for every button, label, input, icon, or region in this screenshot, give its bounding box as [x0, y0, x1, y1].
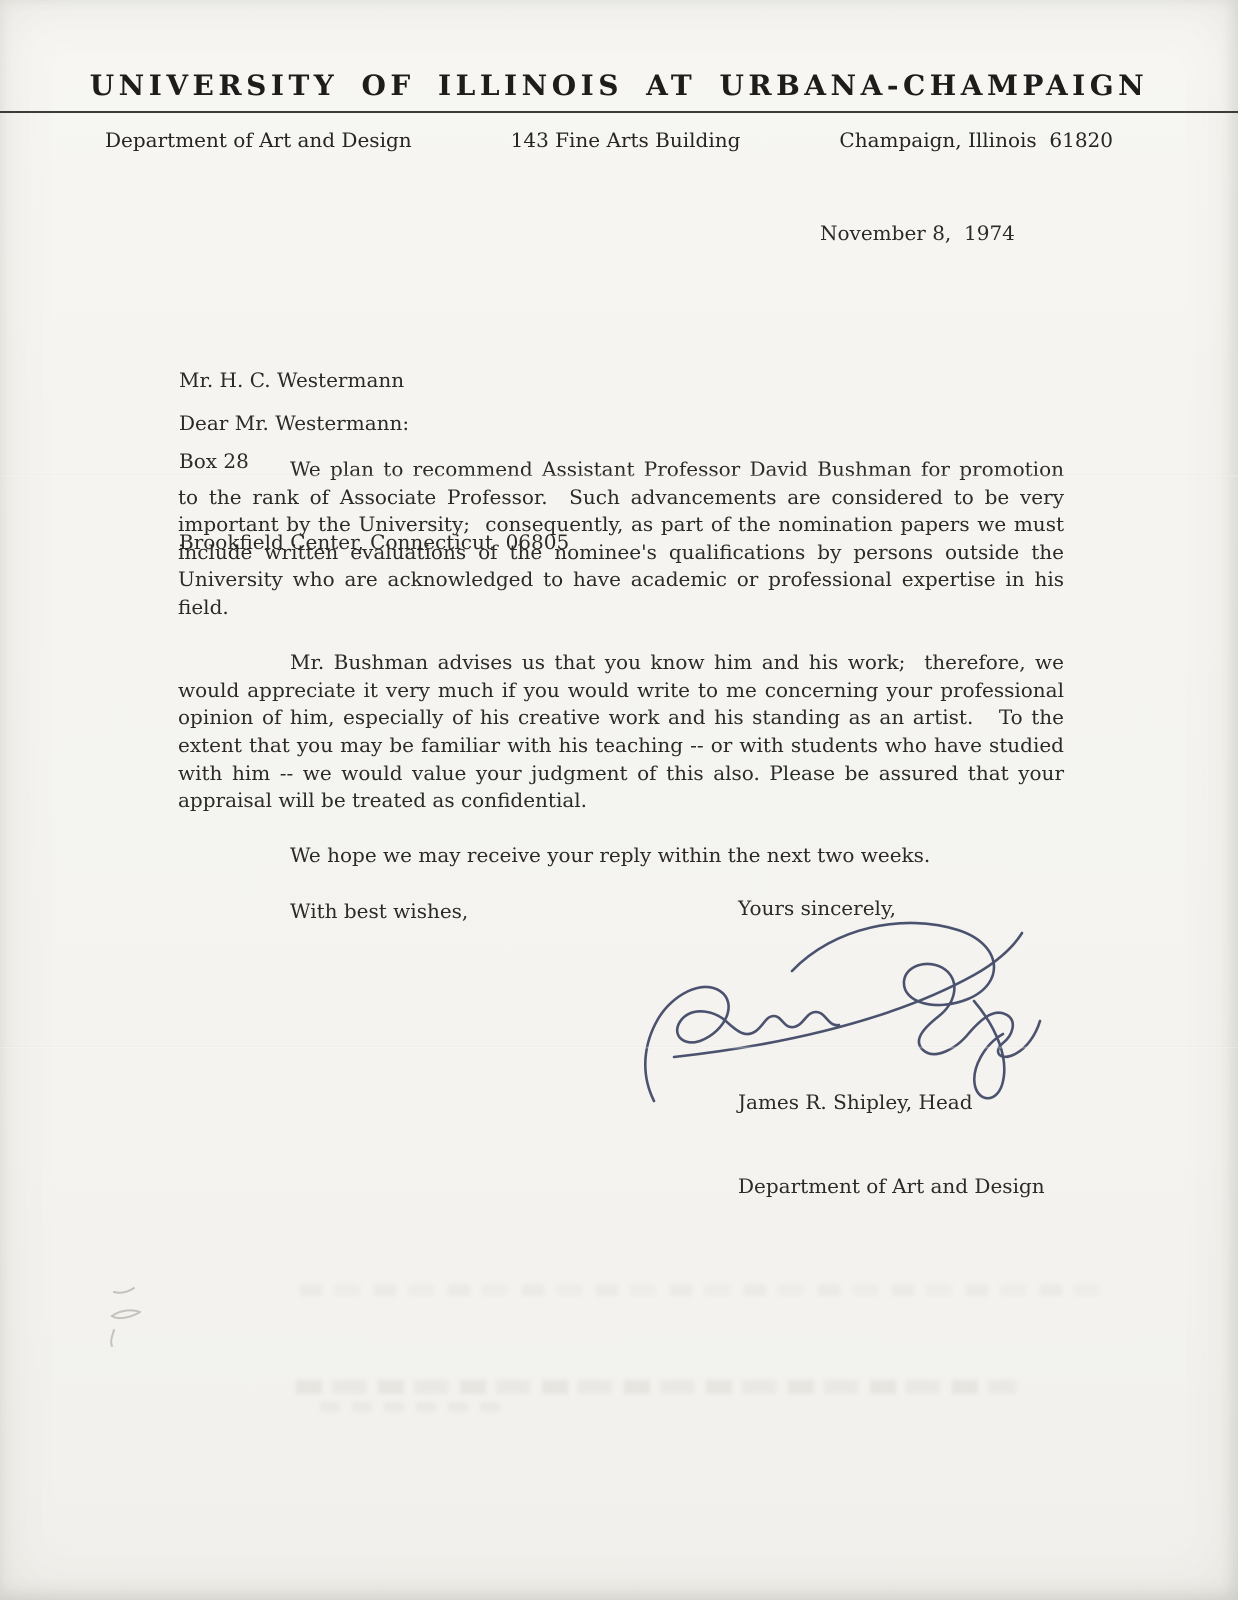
letterhead-city: Champaign, Illinois 61820 — [839, 127, 1113, 153]
bleed-through-mark — [300, 1284, 1100, 1296]
body-paragraph-3: We hope we may receive your reply within… — [178, 842, 1064, 870]
letterhead-info-row: Department of Art and Design 143 Fine Ar… — [105, 127, 1113, 153]
letter-date: November 8, 1974 — [820, 221, 1015, 245]
bleed-through-mark — [296, 1380, 1016, 1394]
body-paragraph-2: Mr. Bushman advises us that you know him… — [178, 649, 1064, 815]
recipient-name: Mr. H. C. Westermann — [179, 367, 569, 394]
letterhead-university-name: UNIVERSITY OF ILLINOIS AT URBANA-CHAMPAI… — [0, 68, 1238, 104]
pencil-mark — [104, 1278, 158, 1350]
signer-name: James R. Shipley, Head — [738, 1088, 1045, 1116]
fold-crease-lower — [0, 1046, 1238, 1049]
letter-body: We plan to recommend Assistant Professor… — [178, 456, 1064, 925]
fold-crease-upper — [0, 474, 1238, 477]
letterhead-department: Department of Art and Design — [105, 127, 412, 153]
body-paragraph-4: With best wishes, — [178, 898, 1064, 926]
letterhead-building: 143 Fine Arts Building — [511, 127, 741, 153]
valediction: Yours sincerely, — [738, 896, 896, 920]
body-paragraph-1: We plan to recommend Assistant Professor… — [178, 456, 1064, 622]
signer-department: Department of Art and Design — [738, 1172, 1045, 1200]
bleed-through-mark — [320, 1402, 500, 1412]
letterhead-divider — [0, 111, 1238, 113]
signer-block: James R. Shipley, Head Department of Art… — [738, 1032, 1045, 1256]
letter-page: UNIVERSITY OF ILLINOIS AT URBANA-CHAMPAI… — [0, 0, 1238, 1600]
salutation: Dear Mr. Westermann: — [179, 411, 409, 435]
